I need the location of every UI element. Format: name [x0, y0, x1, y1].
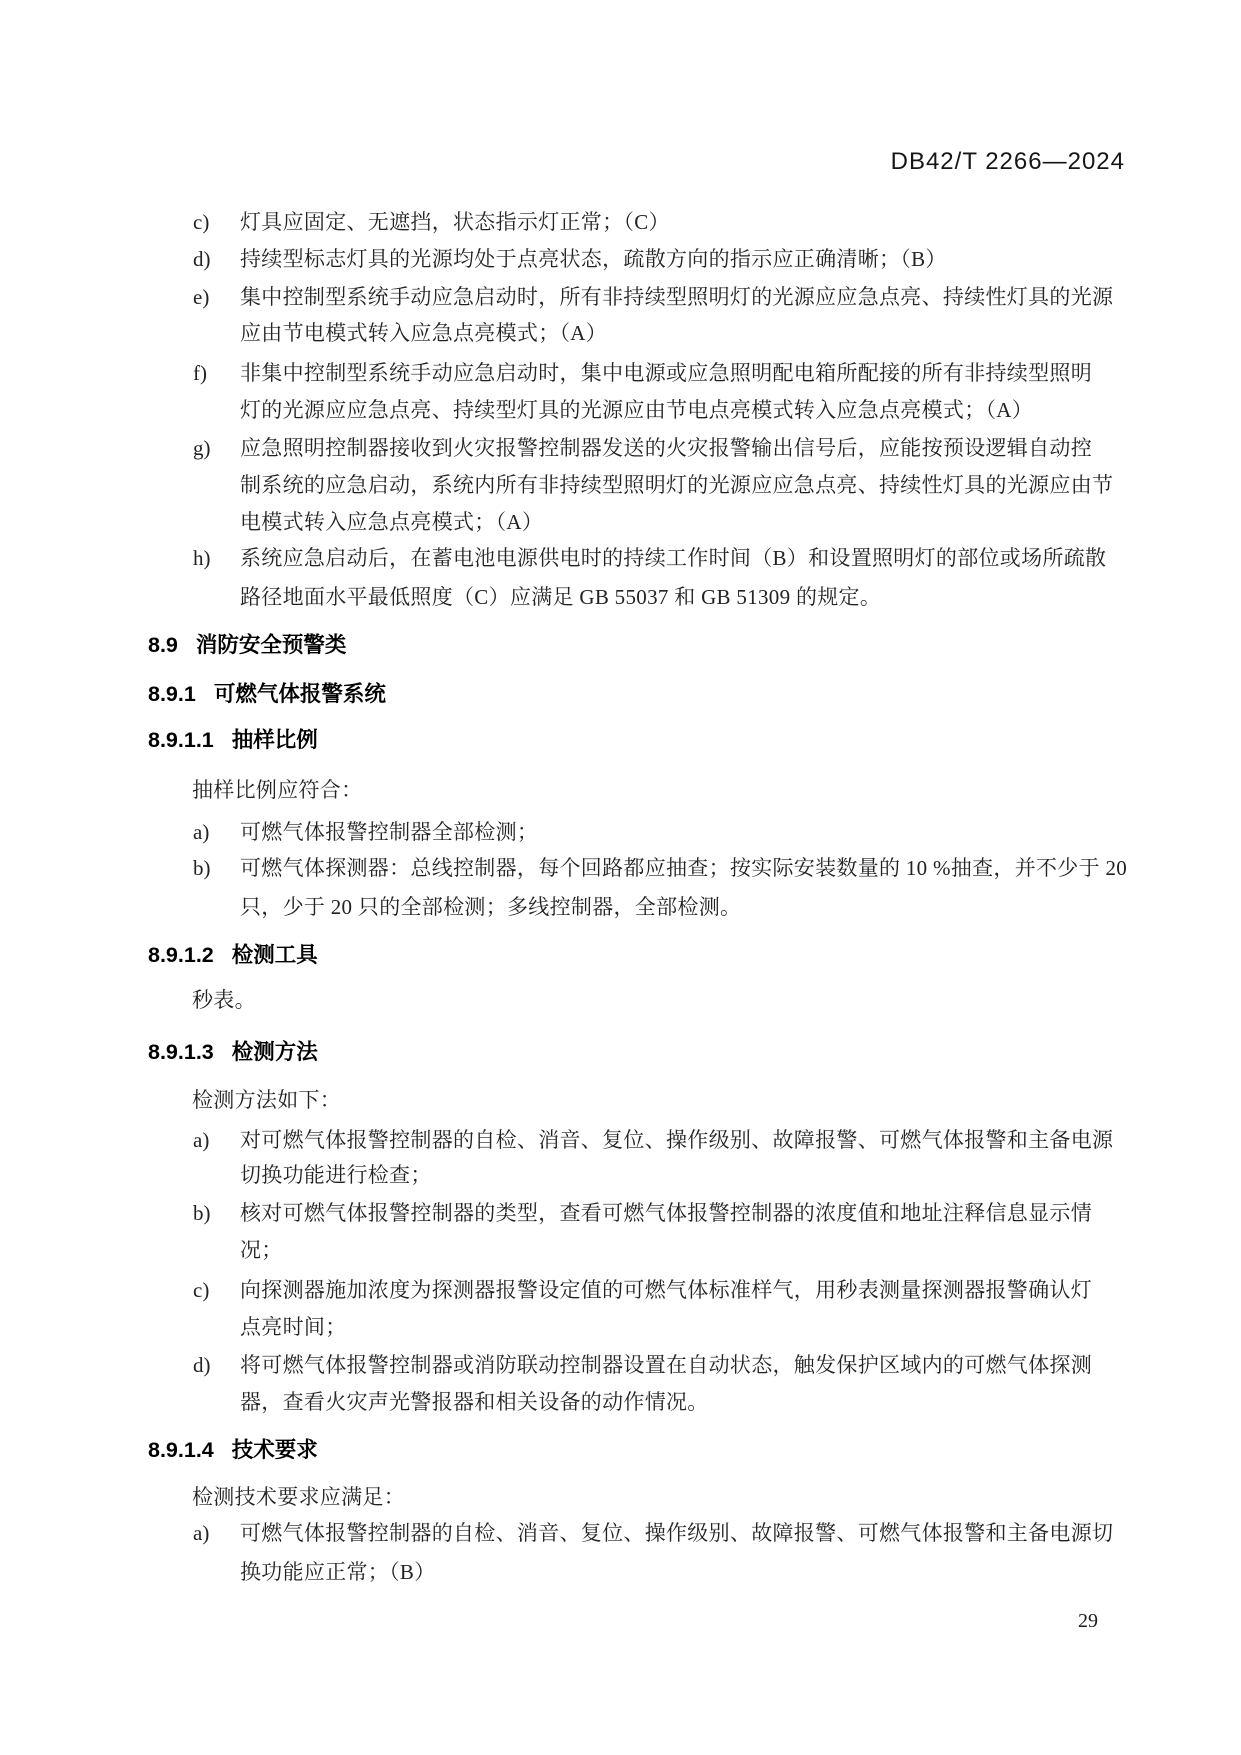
tool-paragraph: 秒表。 — [192, 989, 256, 1011]
list-item-label: g) — [193, 437, 211, 459]
list-item-label: b) — [193, 1202, 211, 1224]
section-title: 抽样比例 — [232, 728, 318, 752]
list-item-line: 路径地面水平最低照度（C）应满足 GB 55037 和 GB 51309 的规定… — [240, 586, 881, 608]
document-code-header: DB42/T 2266—2024 — [891, 148, 1125, 176]
section-number: 8.9.1 — [148, 682, 196, 706]
list-item-line: 况； — [240, 1239, 283, 1261]
list-item-label: e) — [193, 286, 209, 308]
list-item-line: 只，少于 20 只的全部检测；多线控制器，全部检测。 — [240, 896, 741, 918]
sampling-intro-paragraph: 抽样比例应符合： — [192, 779, 362, 801]
section-title: 消防安全预警类 — [196, 633, 347, 657]
list-item-line: 灯的光源应应急点亮、持续型灯具的光源应由节电点亮模式转入应急点亮模式；（A） — [240, 399, 1033, 421]
section-title: 技术要求 — [232, 1438, 318, 1462]
section-heading-8-9-1: 8.9.1可燃气体报警系统 — [148, 683, 386, 706]
list-item-line: 电模式转入应急点亮模式；（A） — [240, 511, 543, 533]
list-item-line: 向探测器施加浓度为探测器报警设定值的可燃气体标准样气，用秒表测量探测器报警确认灯 — [240, 1279, 1092, 1301]
list-item-line: 可燃气体报警控制器全部检测； — [240, 821, 538, 843]
list-item-label: c) — [193, 1279, 209, 1301]
list-item-label: b) — [193, 857, 211, 879]
section-number: 8.9.1.2 — [148, 943, 214, 967]
list-item-line: 核对可燃气体报警控制器的类型，查看可燃气体报警控制器的浓度值和地址注释信息显示情 — [240, 1202, 1092, 1224]
section-number: 8.9.1.1 — [148, 728, 214, 752]
list-item-line: 应急照明控制器接收到火灾报警控制器发送的火灾报警输出信号后，应能按预设逻辑自动控 — [240, 437, 1092, 459]
list-item-label: c) — [193, 211, 209, 233]
list-item-line: 切换功能进行检查； — [240, 1164, 432, 1186]
section-heading-8-9: 8.9消防安全预警类 — [148, 634, 346, 657]
section-heading-8-9-1-4: 8.9.1.4技术要求 — [148, 1439, 318, 1462]
document-page: DB42/T 2266—2024 c) 灯具应固定、无遮挡，状态指示灯正常；（C… — [0, 0, 1241, 1755]
tech-intro-paragraph: 检测技术要求应满足： — [192, 1486, 405, 1508]
section-title: 检测工具 — [232, 943, 318, 967]
section-number: 8.9 — [148, 633, 178, 657]
list-item-label: a) — [193, 1129, 209, 1151]
list-item-line: 对可燃气体报警控制器的自检、消音、复位、操作级别、故障报警、可燃气体报警和主备电… — [240, 1129, 1113, 1151]
section-title: 可燃气体报警系统 — [214, 682, 386, 706]
list-item-label: d) — [193, 248, 211, 270]
section-title: 检测方法 — [232, 1040, 318, 1064]
list-item-line: 集中控制型系统手动应急启动时，所有非持续型照明灯的光源应应急点亮、持续性灯具的光… — [240, 286, 1113, 308]
list-item-line: 持续型标志灯具的光源均处于点亮状态，疏散方向的指示应正确清晰；（B） — [240, 248, 947, 270]
list-item-line: 制系统的应急启动，系统内所有非持续型照明灯的光源应应急点亮、持续性灯具的光源应由… — [240, 474, 1113, 496]
list-item-label: d) — [193, 1354, 211, 1376]
list-item-line: 非集中控制型系统手动应急启动时，集中电源或应急照明配电箱所配接的所有非持续型照明 — [240, 362, 1092, 384]
section-heading-8-9-1-1: 8.9.1.1抽样比例 — [148, 729, 318, 752]
list-item-line: 系统应急启动后，在蓄电池电源供电时的持续工作时间（B）和设置照明灯的部位或场所疏… — [240, 547, 1106, 569]
list-item-label: h) — [193, 547, 211, 569]
list-item-line: 可燃气体探测器：总线控制器，每个回路都应抽查；按实际安装数量的 10 %抽查，并… — [240, 857, 1127, 879]
section-number: 8.9.1.3 — [148, 1040, 214, 1064]
list-item-label: a) — [193, 821, 209, 843]
section-heading-8-9-1-2: 8.9.1.2检测工具 — [148, 944, 318, 967]
list-item-line: 将可燃气体报警控制器或消防联动控制器设置在自动状态，触发保护区域内的可燃气体探测 — [240, 1354, 1092, 1376]
page-number: 29 — [1078, 1610, 1098, 1633]
list-item-label: f) — [193, 362, 207, 384]
list-item-line: 换功能应正常；（B） — [240, 1561, 436, 1583]
section-heading-8-9-1-3: 8.9.1.3检测方法 — [148, 1041, 318, 1064]
section-number: 8.9.1.4 — [148, 1438, 214, 1462]
list-item-line: 点亮时间； — [240, 1316, 347, 1338]
method-intro-paragraph: 检测方法如下： — [192, 1089, 341, 1111]
list-item-line: 器，查看火灾声光警报器和相关设备的动作情况。 — [240, 1391, 709, 1413]
list-item-line: 灯具应固定、无遮挡，状态指示灯正常；（C） — [240, 211, 670, 233]
list-item-line: 应由节电模式转入应急点亮模式；（A） — [240, 322, 607, 344]
list-item-line: 可燃气体报警控制器的自检、消音、复位、操作级别、故障报警、可燃气体报警和主备电源… — [240, 1522, 1113, 1544]
list-item-label: a) — [193, 1522, 209, 1544]
